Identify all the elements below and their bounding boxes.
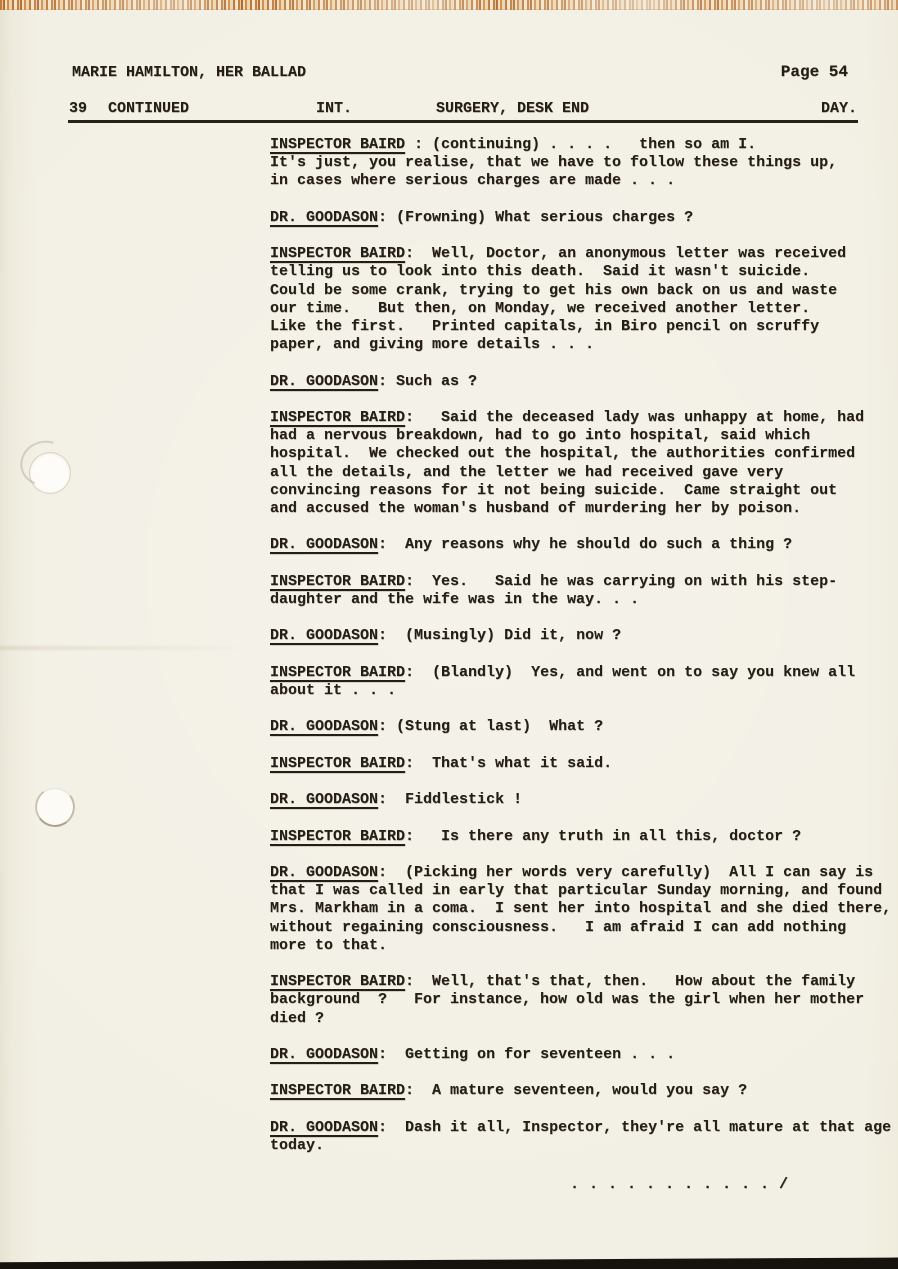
dialogue-text: Getting on for seventeen . . . (387, 1046, 675, 1063)
dialogue-line: more to that. (270, 937, 898, 955)
dialogue-text: Is there any truth in all this, doctor ? (414, 828, 801, 845)
dialogue-text: (continuing) . . . . then so am I. (423, 136, 756, 153)
speaker-colon: : (405, 973, 414, 990)
speaker-name: INSPECTOR BAIRD (270, 573, 405, 590)
dialogue-line: all the details, and the letter we had r… (270, 464, 898, 482)
dialogue-line: and accused the woman's husband of murde… (270, 500, 898, 518)
speaker-name: INSPECTOR BAIRD (270, 1082, 405, 1099)
dialogue-line: INSPECTOR BAIRD: Yes. Said he was carryi… (270, 573, 898, 591)
dialogue-text: Well, that's that, then. How about the f… (414, 973, 855, 990)
speaker-name: DR. GOODASON (270, 536, 378, 553)
page-number: Page 54 (781, 63, 848, 81)
dialogue-text: Such as ? (387, 373, 477, 390)
dialogue-line: without regaining consciousness. I am af… (270, 919, 898, 937)
dialogue-text: Yes. Said he was carrying on with his st… (414, 573, 837, 590)
dialogue-text: (Stung at last) What ? (387, 718, 603, 735)
speaker-name: INSPECTOR BAIRD (270, 136, 405, 153)
scene-time-of-day: DAY. (821, 100, 857, 118)
speaker-colon: : (378, 1046, 387, 1063)
speaker-name: DR. GOODASON (270, 209, 378, 226)
dialogue-line: background ? For instance, how old was t… (270, 991, 898, 1009)
dialogue-paragraph: DR. GOODASON: (Musingly) Did it, now ? (270, 627, 898, 645)
speaker-colon: : (378, 536, 387, 553)
dialogue-text: (Picking her words very carefully) All I… (387, 864, 873, 881)
dialogue-text: Dash it all, Inspector, they're all matu… (387, 1119, 891, 1136)
dialogue-line: INSPECTOR BAIRD: (Blandly) Yes, and went… (270, 664, 898, 682)
continuation-dots: . . . . . . . . . . . / (570, 1176, 789, 1194)
dialogue-line: INSPECTOR BAIRD: Well, Doctor, an anonym… (270, 245, 898, 263)
speaker-colon: : (405, 664, 414, 681)
scanned-binding-edge (0, 0, 898, 10)
speaker-colon: : (405, 409, 414, 426)
dialogue-line: DR. GOODASON: (Picking her words very ca… (270, 864, 898, 882)
dialogue-line: our time. But then, on Monday, we receiv… (270, 300, 898, 318)
dialogue-line: INSPECTOR BAIRD: That's what it said. (270, 755, 898, 773)
dialogue-text: (Blandly) Yes, and went on to say you kn… (414, 664, 855, 681)
dialogue-paragraph: INSPECTOR BAIRD: That's what it said. (270, 755, 898, 773)
speaker-colon: : (378, 864, 387, 881)
dialogue-text: Said the deceased lady was unhappy at ho… (414, 409, 864, 426)
paper-crease (0, 646, 250, 650)
speaker-name: INSPECTOR BAIRD (270, 409, 405, 426)
dialogue-paragraph: INSPECTOR BAIRD: Well, Doctor, an anonym… (270, 245, 898, 354)
dialogue-text: A mature seventeen, would you say ? (414, 1082, 747, 1099)
punch-hole-top (30, 453, 70, 493)
dialogue-text: (Frowning) What serious charges ? (387, 209, 693, 226)
dialogue-paragraph: DR. GOODASON: (Stung at last) What ? (270, 718, 898, 736)
dialogue-paragraph: INSPECTOR BAIRD: Yes. Said he was carryi… (270, 573, 898, 609)
dialogue-paragraph: DR. GOODASON: Getting on for seventeen .… (270, 1046, 898, 1064)
dialogue-line: had a nervous breakdown, had to go into … (270, 427, 898, 445)
speaker-colon: : (405, 1082, 414, 1099)
speaker-name: INSPECTOR BAIRD (270, 973, 405, 990)
speaker-colon: : (378, 718, 387, 735)
dialogue-line: daughter and the wife was in the way. . … (270, 591, 898, 609)
dialogue-line: telling us to look into this death. Said… (270, 263, 898, 281)
dialogue-line: DR. GOODASON: Any reasons why he should … (270, 536, 898, 554)
speaker-name: INSPECTOR BAIRD (270, 664, 405, 681)
speaker-name: DR. GOODASON (270, 373, 378, 390)
dialogue-paragraph: INSPECTOR BAIRD: A mature seventeen, wou… (270, 1082, 898, 1100)
dialogue-line: DR. GOODASON: (Stung at last) What ? (270, 718, 898, 736)
speaker-name: DR. GOODASON (270, 1046, 378, 1063)
speaker-name: DR. GOODASON (270, 864, 378, 881)
dialogue-paragraph: INSPECTOR BAIRD: Is there any truth in a… (270, 828, 898, 846)
dialogue-paragraph: DR. GOODASON: Such as ? (270, 373, 898, 391)
dialogue-line: It's just, you realise, that we have to … (270, 154, 898, 172)
dialogue-line: died ? (270, 1010, 898, 1028)
dialogue-paragraph: DR. GOODASON: (Picking her words very ca… (270, 864, 898, 955)
dialogue-line: DR. GOODASON: (Musingly) Did it, now ? (270, 627, 898, 645)
dialogue-line: hospital. We checked out the hospital, t… (270, 445, 898, 463)
speaker-colon: : (378, 791, 387, 808)
script-title: MARIE HAMILTON, HER BALLAD (72, 64, 306, 82)
dialogue-text: That's what it said. (414, 755, 612, 772)
dialogue-paragraph: INSPECTOR BAIRD: Well, that's that, then… (270, 973, 898, 1028)
scene-number: 39 (69, 100, 87, 118)
dialogue-line: DR. GOODASON: Fiddlestick ! (270, 791, 898, 809)
scanned-page-bottom-edge (0, 1256, 898, 1269)
speaker-colon: : (405, 136, 423, 153)
dialogue-line: Like the first. Printed capitals, in Bir… (270, 318, 898, 336)
speaker-name: INSPECTOR BAIRD (270, 828, 405, 845)
dialogue-paragraph: DR. GOODASON: Fiddlestick ! (270, 791, 898, 809)
dialogue-paragraph: INSPECTOR BAIRD : (continuing) . . . . t… (270, 136, 898, 191)
dialogue-line: DR. GOODASON: Such as ? (270, 373, 898, 391)
dialogue-line: that I was called in early that particul… (270, 882, 898, 900)
speaker-name: DR. GOODASON (270, 718, 378, 735)
dialogue-line: DR. GOODASON: Getting on for seventeen .… (270, 1046, 898, 1064)
speaker-name: INSPECTOR BAIRD (270, 755, 405, 772)
speaker-colon: : (378, 373, 387, 390)
speaker-name: DR. GOODASON (270, 791, 378, 808)
dialogue-line: paper, and giving more details . . . (270, 336, 898, 354)
dialogue-text: (Musingly) Did it, now ? (387, 627, 621, 644)
dialogue-line: INSPECTOR BAIRD: Said the deceased lady … (270, 409, 898, 427)
speaker-colon: : (378, 209, 387, 226)
punch-hole-bottom (37, 789, 73, 825)
dialogue-paragraph: INSPECTOR BAIRD: Said the deceased lady … (270, 409, 898, 518)
script-page-paper: MARIE HAMILTON, HER BALLAD Page 54 39 CO… (0, 0, 898, 1269)
speaker-colon: : (405, 573, 414, 590)
dialogue-paragraph: INSPECTOR BAIRD: (Blandly) Yes, and went… (270, 664, 898, 700)
dialogue-line: INSPECTOR BAIRD: Is there any truth in a… (270, 828, 898, 846)
dialogue-paragraph: DR. GOODASON: (Frowning) What serious ch… (270, 209, 898, 227)
scene-heading: 39 CONTINUED INT. SURGERY, DESK END DAY. (68, 100, 858, 123)
dialogue-line: in cases where serious charges are made … (270, 172, 898, 190)
speaker-colon: : (378, 627, 387, 644)
dialogue-text: Any reasons why he should do such a thin… (387, 536, 792, 553)
speaker-name: INSPECTOR BAIRD (270, 245, 405, 262)
speaker-colon: : (405, 755, 414, 772)
scene-interior-label: INT. (316, 100, 352, 118)
dialogue-line: convincing reasons for it not being suic… (270, 482, 898, 500)
dialogue-paragraph: DR. GOODASON: Dash it all, Inspector, th… (270, 1119, 898, 1155)
page-header: MARIE HAMILTON, HER BALLAD Page 54 (72, 63, 848, 82)
dialogue-line: DR. GOODASON: Dash it all, Inspector, th… (270, 1119, 898, 1137)
speaker-name: DR. GOODASON (270, 1119, 378, 1136)
scene-continued-label: CONTINUED (108, 100, 189, 118)
dialogue-line: today. (270, 1137, 898, 1155)
speaker-colon: : (405, 828, 414, 845)
dialogue-line: about it . . . (270, 682, 898, 700)
speaker-name: DR. GOODASON (270, 627, 378, 644)
dialogue-line: INSPECTOR BAIRD: A mature seventeen, wou… (270, 1082, 898, 1100)
dialogue-line: INSPECTOR BAIRD : (continuing) . . . . t… (270, 136, 898, 154)
dialogue-line: Mrs. Markham in a coma. I sent her into … (270, 900, 898, 918)
dialogue-text: Fiddlestick ! (387, 791, 522, 808)
dialogue-text: Well, Doctor, an anonymous letter was re… (414, 245, 846, 262)
scene-location: SURGERY, DESK END (436, 100, 589, 118)
dialogue-line: Could be some crank, trying to get his o… (270, 282, 898, 300)
dialogue-line: DR. GOODASON: (Frowning) What serious ch… (270, 209, 898, 227)
speaker-colon: : (405, 245, 414, 262)
dialogue-block: INSPECTOR BAIRD : (continuing) . . . . t… (270, 136, 898, 1173)
dialogue-line: INSPECTOR BAIRD: Well, that's that, then… (270, 973, 898, 991)
dialogue-paragraph: DR. GOODASON: Any reasons why he should … (270, 536, 898, 554)
speaker-colon: : (378, 1119, 387, 1136)
